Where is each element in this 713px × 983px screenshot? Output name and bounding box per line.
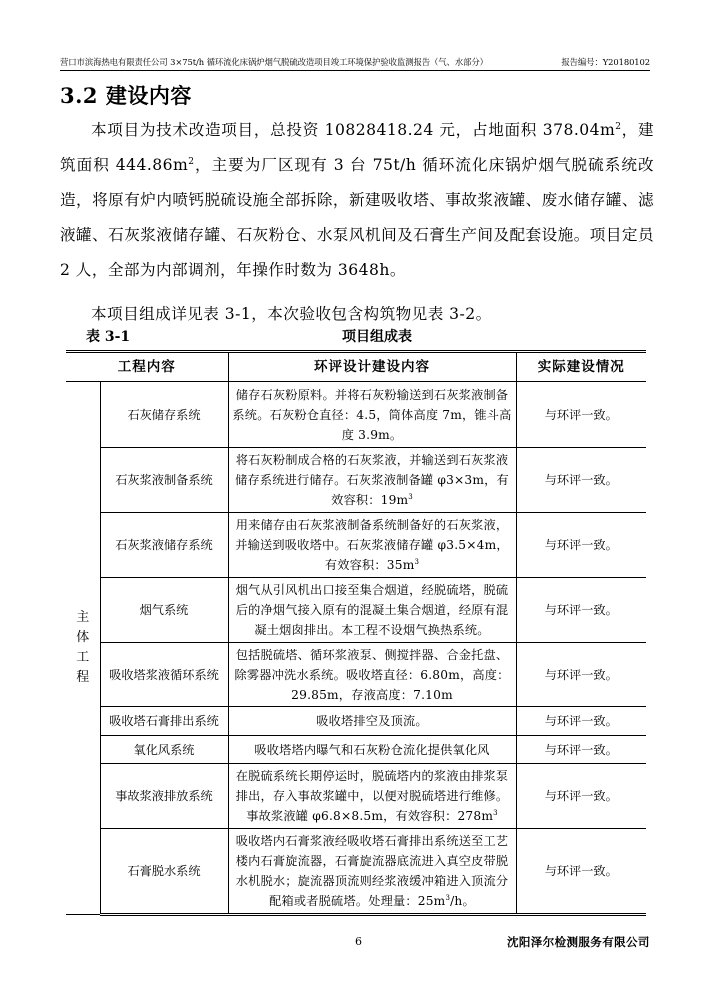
- item-name: 氧化风系统: [100, 736, 228, 764]
- desc-text: 包括脱硫塔、循环浆液泵、侧搅拌器、合金托盘、除雾器冲洗水系统。吸收塔直径：6.8…: [234, 648, 509, 702]
- item-description: 在脱硫系统长期停运时，脱硫塔内的浆液由排浆泵排出，存入事故浆罐中，以便对脱硫塔进…: [228, 764, 516, 829]
- item-actual: 与环评一致。: [516, 707, 646, 736]
- item-description: 将石灰粉制成合格的石灰浆液，并输送到石灰浆液储存系统进行储存。石灰浆液制备罐 φ…: [228, 448, 516, 513]
- desc-text: 吸收塔排空及顶流。: [316, 714, 428, 728]
- table-row: 吸收塔浆液循环系统 包括脱硫塔、循环浆液泵、侧搅拌器、合金托盘、除雾器冲洗水系统…: [66, 643, 646, 707]
- desc-text: 在脱硫系统长期停运时，脱硫塔内的浆液由排浆泵排出，存入事故浆罐中，以便对脱硫塔进…: [236, 769, 509, 823]
- item-description: 吸收塔内石膏浆液经吸收塔石膏排出系统送至工艺楼内石膏旋流器，石膏旋流器底流进入真…: [228, 829, 516, 915]
- item-actual: 与环评一致。: [516, 578, 646, 643]
- table-header-row: 工程内容 环评设计建设内容 实际建设情况: [66, 352, 646, 382]
- report-number: 报告编号：Y20180102: [561, 56, 650, 68]
- item-description: 包括脱硫塔、循环浆液泵、侧搅拌器、合金托盘、除雾器冲洗水系统。吸收塔直径：6.8…: [228, 643, 516, 707]
- item-actual: 与环评一致。: [516, 736, 646, 764]
- category-main-project: 主 体 工 程: [66, 382, 100, 915]
- item-name: 石灰浆液储存系统: [100, 513, 228, 578]
- table-row: 石膏脱水系统 吸收塔内石膏浆液经吸收塔石膏排出系统送至工艺楼内石膏旋流器，石膏旋…: [66, 829, 646, 915]
- item-actual: 与环评一致。: [516, 513, 646, 578]
- item-name: 事故浆液排放系统: [100, 764, 228, 829]
- item-actual: 与环评一致。: [516, 829, 646, 915]
- item-description: 用来储存由石灰浆液制备系统制备好的石灰浆液，并输送到吸收塔中。石灰浆液储存罐 φ…: [228, 513, 516, 578]
- paragraph-project-overview: 本项目为技术改造项目，总投资 10828418.24 元，占地面积 378.04…: [60, 113, 654, 288]
- desc-text: 用来储存由石灰浆液制备系统制备好的石灰浆液，并输送到吸收塔中。石灰浆液储存罐 φ…: [235, 518, 509, 572]
- header-engineering-content: 工程内容: [66, 352, 228, 382]
- item-description: 吸收塔塔内曝气和石灰粉仓流化提供氧化风: [228, 736, 516, 764]
- report-title: 营口市滨海热电有限责任公司 3×75t/h 循环流化床锅炉烟气脱硫改造项目竣工环…: [60, 56, 488, 68]
- item-description: 吸收塔排空及顶流。: [228, 707, 516, 736]
- item-name: 烟气系统: [100, 578, 228, 643]
- item-description: 烟气从引风机出口接至集合烟道，经脱硫塔，脱硫后的净烟气接入原有的混凝土集合烟道，…: [228, 578, 516, 643]
- paragraph-text: 本项目组成详见表 3-1，本次验收包含构筑物见表 3-2。: [91, 305, 492, 323]
- superscript: 3: [493, 809, 498, 817]
- paragraph-text: ，主要为厂区现有 3 台 75t/h 循环流化床锅炉烟气脱硫系统改造，将原有炉内…: [60, 156, 654, 279]
- table-number: 表 3-1: [86, 326, 130, 346]
- item-actual: 与环评一致。: [516, 448, 646, 513]
- table-row: 主 体 工 程 石灰储存系统 储存石灰粉原料。并将石灰粉输送到石灰浆液制备系统。…: [66, 382, 646, 448]
- superscript: 3: [414, 558, 419, 566]
- category-char: 程: [69, 668, 97, 688]
- desc-text: 储存石灰粉原料。并将石灰粉输送到石灰浆液制备系统。石灰粉仓直径：4.5，筒体高度…: [232, 388, 511, 442]
- table-row: 事故浆液排放系统 在脱硫系统长期停运时，脱硫塔内的浆液由排浆泵排出，存入事故浆罐…: [66, 764, 646, 829]
- table-row: 氧化风系统 吸收塔塔内曝气和石灰粉仓流化提供氧化风 与环评一致。: [66, 736, 646, 764]
- paragraph-text: 本项目为技术改造项目，总投资 10828418.24 元，占地面积 378.04…: [91, 121, 615, 139]
- item-name: 吸收塔浆液循环系统: [100, 643, 228, 707]
- header-actual-status: 实际建设情况: [516, 352, 646, 382]
- desc-text: 将石灰粉制成合格的石灰浆液，并输送到石灰浆液储存系统进行储存。石灰浆液制备罐 φ…: [235, 453, 509, 507]
- page-number: 6: [355, 935, 362, 948]
- category-char: 工: [69, 648, 97, 668]
- table-row: 吸收塔石膏排出系统 吸收塔排空及顶流。 与环评一致。: [66, 707, 646, 736]
- table-title: 项目组成表: [342, 326, 412, 346]
- item-actual: 与环评一致。: [516, 643, 646, 707]
- section-title: 3.2 建设内容: [60, 80, 192, 110]
- desc-text: 吸收塔塔内曝气和石灰粉仓流化提供氧化风: [254, 743, 489, 757]
- item-description: 储存石灰粉原料。并将石灰粉输送到石灰浆液制备系统。石灰粉仓直径：4.5，筒体高度…: [228, 382, 516, 448]
- header-design-content: 环评设计建设内容: [228, 352, 516, 382]
- item-actual: 与环评一致。: [516, 764, 646, 829]
- table-row: 石灰浆液储存系统 用来储存由石灰浆液制备系统制备好的石灰浆液，并输送到吸收塔中。…: [66, 513, 646, 578]
- table-row: 烟气系统 烟气从引风机出口接至集合烟道，经脱硫塔，脱硫后的净烟气接入原有的混凝土…: [66, 578, 646, 643]
- item-actual: 与环评一致。: [516, 382, 646, 448]
- desc-text: /h。: [450, 894, 475, 908]
- project-composition-table: 工程内容 环评设计建设内容 实际建设情况 主 体 工 程 石灰储存系统 储存石灰…: [66, 350, 646, 916]
- item-name: 吸收塔石膏排出系统: [100, 707, 228, 736]
- category-char: 主: [69, 608, 97, 628]
- category-char: 体: [69, 628, 97, 648]
- desc-text: 烟气从引风机出口接至集合烟道，经脱硫塔，脱硫后的净烟气接入原有的混凝土集合烟道，…: [236, 583, 509, 637]
- item-name: 石膏脱水系统: [100, 829, 228, 915]
- superscript: 3: [408, 493, 413, 501]
- footer-company: 沈阳泽尔检测服务有限公司: [507, 934, 650, 950]
- item-name: 石灰储存系统: [100, 382, 228, 448]
- table-row: 石灰浆液制备系统 将石灰粉制成合格的石灰浆液，并输送到石灰浆液储存系统进行储存。…: [66, 448, 646, 513]
- item-name: 石灰浆液制备系统: [100, 448, 228, 513]
- page-header: 营口市滨海热电有限责任公司 3×75t/h 循环流化床锅炉烟气脱硫改造项目竣工环…: [60, 56, 650, 71]
